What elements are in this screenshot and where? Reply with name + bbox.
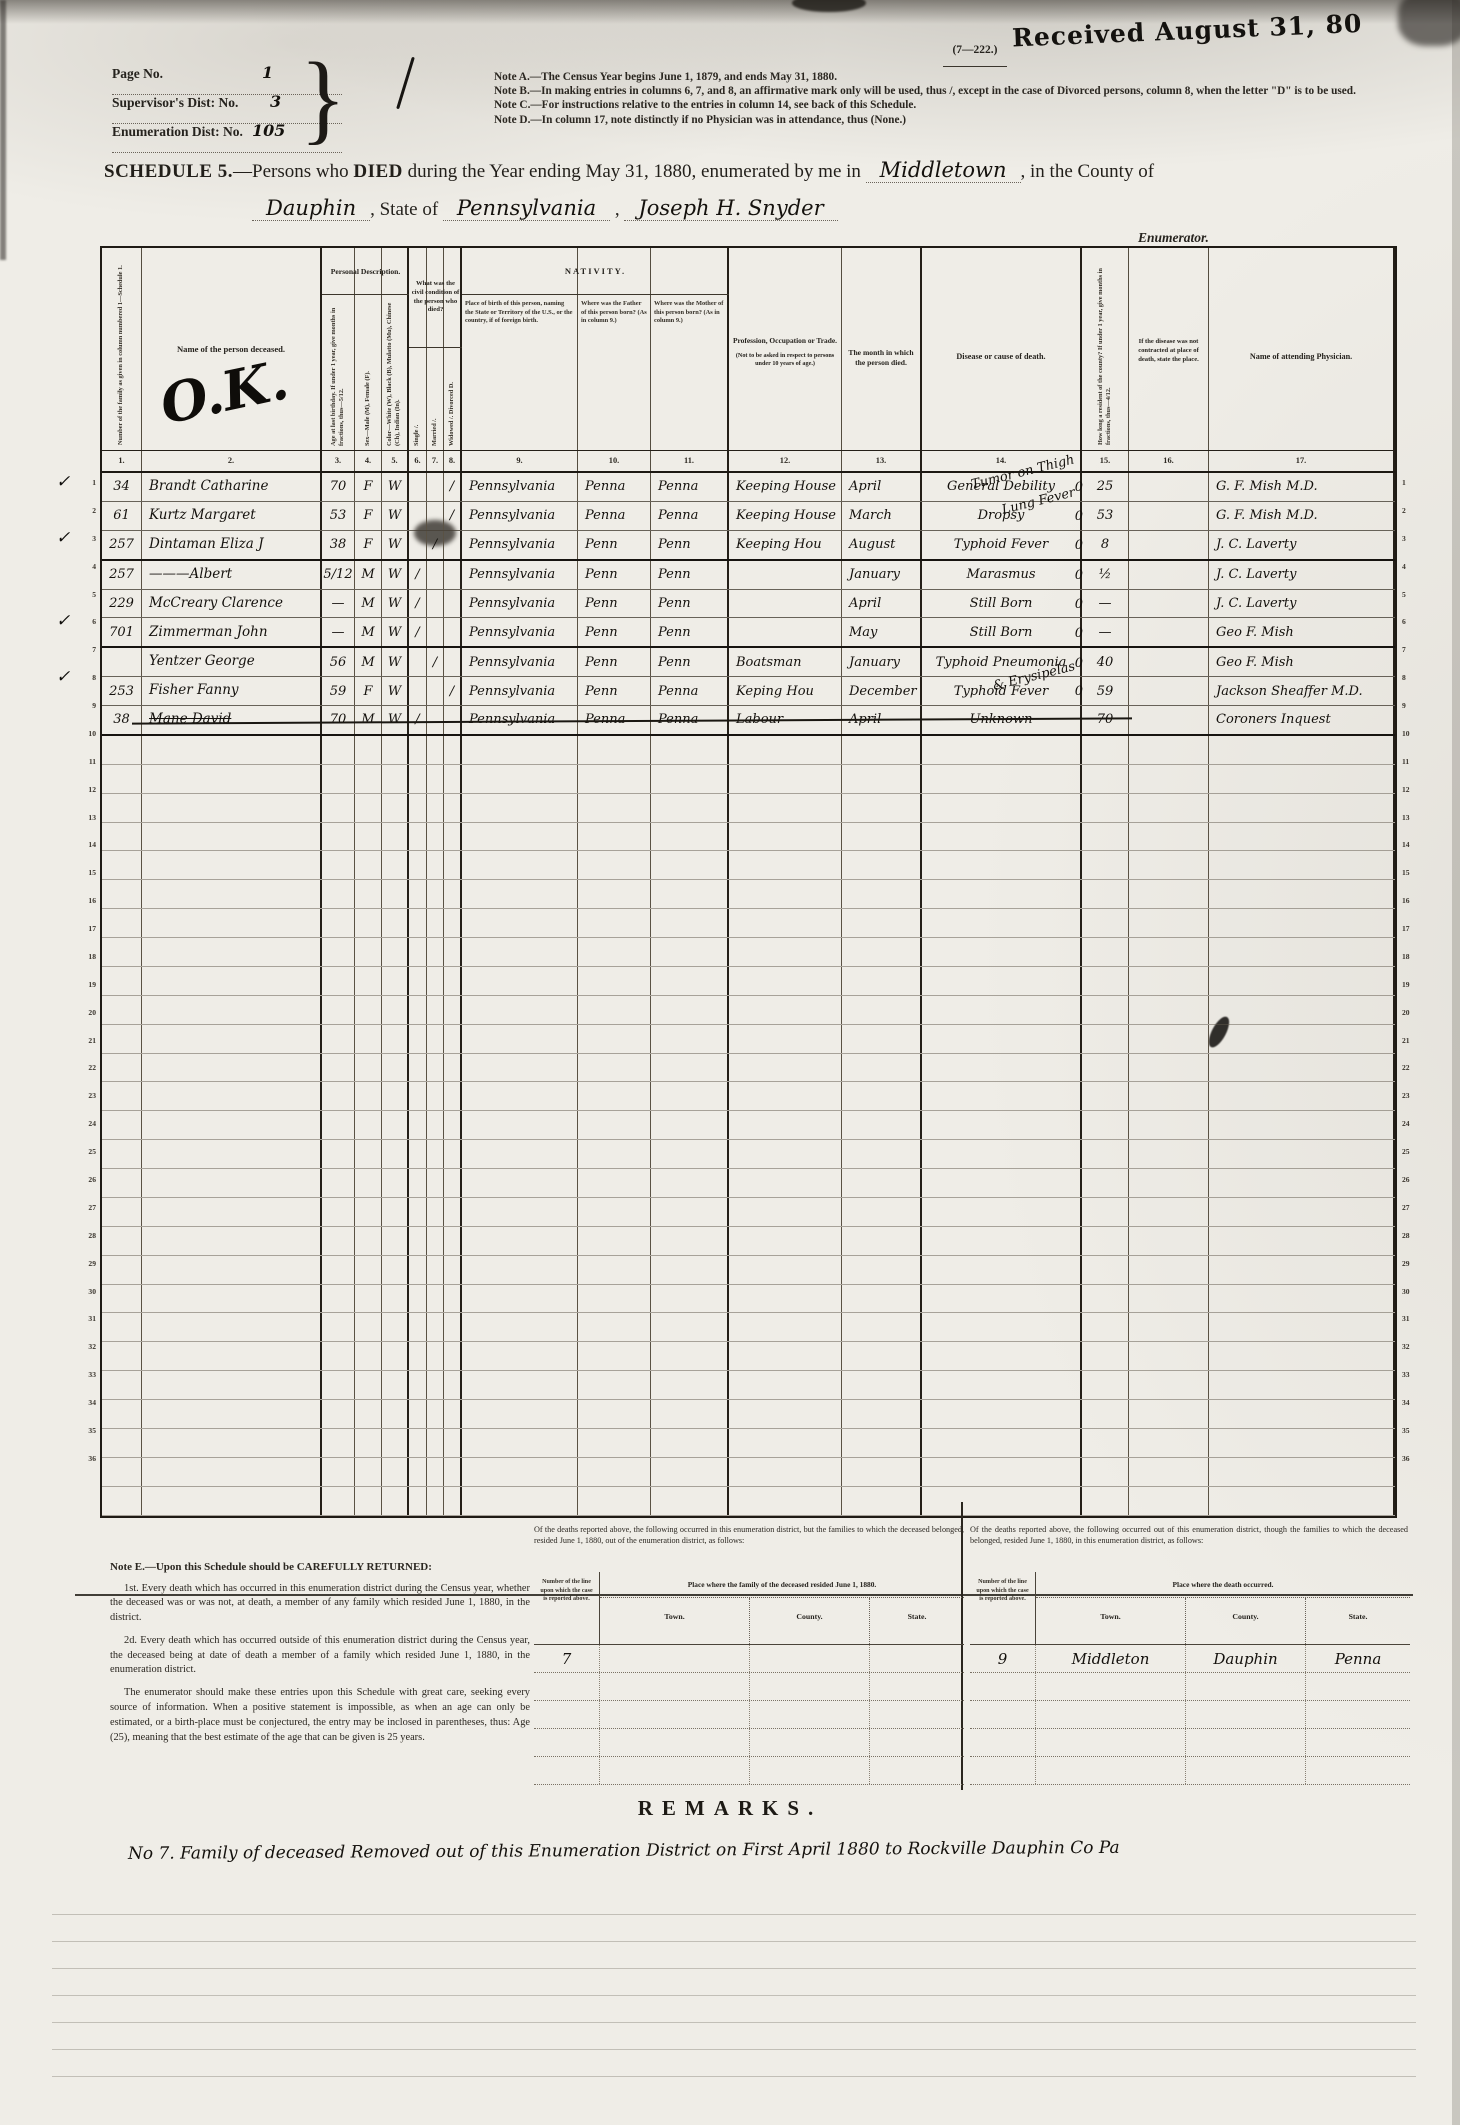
row-35-married [427,1458,444,1486]
title-text: , in the County of [1021,161,1155,182]
row-33-father [578,1400,651,1428]
row-33-single [409,1400,427,1428]
row-14-father [578,851,651,879]
table-row-9: 38Mane David70MW/PennsylvaniaPennaPennaL… [102,706,1395,736]
row-12-physician [1209,794,1395,822]
line-number-right-9: 9 [1402,701,1422,710]
row-30-widowed [444,1313,462,1341]
row-13-single [409,823,427,851]
row-19-father [578,996,651,1024]
row-3-sex: F [355,531,382,559]
row-3-color: W [382,531,409,559]
row-11-color [382,765,409,793]
row-5-age: — [322,590,355,618]
row-15-occupation [729,880,842,908]
row-7-age: 56 [322,648,355,676]
row-36-color [382,1487,409,1515]
row-36-mother [651,1487,729,1515]
column-1-number: 1. [102,451,142,471]
group-personal-description: Personal Description. [322,248,409,295]
row-25-occupation [729,1169,842,1197]
page-no-value: 1 [262,63,273,82]
row-33-disease [922,1400,1082,1428]
row-6-occupation [729,618,842,646]
table-row-17 [102,938,1395,967]
row-34-widowed [444,1429,462,1457]
row-25-sex [355,1169,382,1197]
line-number-left-35: 35 [76,1426,96,1435]
census-mortality-schedule-page: Received August 31, 80 (7—222.) Page No.… [0,0,1460,2125]
row-13-occupation [729,823,842,851]
row-14-birth [462,851,578,879]
out-district-intro: Of the deaths reported above, the follow… [970,1524,1408,1546]
supervisor-dist-label: Supervisor's Dist: No. [112,95,238,110]
row-20-sex [355,1025,382,1053]
page-no-label: Page No. [112,66,163,81]
line-number-right-27: 27 [1402,1203,1422,1212]
in-district-entry-row: 7 [534,1645,964,1673]
line-number-right-25: 25 [1402,1147,1422,1156]
row-11-mother [651,765,729,793]
table-row-14 [102,851,1395,880]
row-25-physician [1209,1169,1395,1197]
row-20-family [102,1025,142,1053]
row-20-disease [922,1025,1082,1053]
row-21-mother [651,1054,729,1082]
row-2-name: Kurtz Margaret [142,502,322,530]
row-12-color [382,794,409,822]
row-26-resident [1082,1198,1129,1226]
row-32-family [102,1371,142,1399]
row-22-disease [922,1082,1082,1110]
county-name: Dauphin [252,196,370,221]
out-district-table: Number of the line upon which the case i… [970,1572,1410,1784]
county-header: County. [750,1598,870,1644]
enumeration-place: Middletown [866,158,1021,183]
row-6-resident: — [1082,618,1129,646]
row-18-sex [355,967,382,995]
row-19-physician [1209,996,1395,1024]
row-12-father [578,794,651,822]
row-31-birth [462,1342,578,1370]
row-8-birth: Pennsylvania [462,677,578,705]
row-27-family [102,1227,142,1255]
table-row-18 [102,967,1395,996]
notes-block: Note A.—The Census Year begins June 1, 1… [494,70,1424,127]
row-14-family [102,851,142,879]
place-column-group: Place where the death occurred. Town. Co… [1036,1572,1410,1644]
table-row-15 [102,880,1395,909]
row-14-widowed [444,851,462,879]
line-number-left-17: 17 [76,924,96,933]
note-c: Note C.—For instructions relative to the… [494,98,1424,112]
table-row-30 [102,1313,1395,1342]
row-9-married [427,706,444,734]
line-number-column-header: Number of the line upon which the case i… [534,1572,600,1644]
row-20-physician [1209,1025,1395,1053]
row-7-color: W [382,648,409,676]
row-20-name [142,1025,322,1053]
in-district-table: Number of the line upon which the case i… [534,1572,964,1784]
row-9-physician: Coroners Inquest [1209,706,1395,734]
row-19-birth [462,996,578,1024]
row-1-resident: 25 [1082,473,1129,501]
row-14-occupation [729,851,842,879]
row-8-month: December [842,677,922,705]
line-number-left-8: 8 [76,673,96,682]
row-30-mother [651,1313,729,1341]
row-1-place [1129,473,1209,501]
row-12-mother [651,794,729,822]
row-11-resident [1082,765,1129,793]
row-10-disease [922,736,1082,764]
row-34-married [427,1429,444,1457]
column-16-number: 16. [1129,451,1209,471]
place-column-group: Place where the family of the deceased r… [600,1572,964,1644]
row-27-physician [1209,1227,1395,1255]
row-16-physician [1209,909,1395,937]
row-25-mother [651,1169,729,1197]
row-1-name: Brandt Catharine [142,473,322,501]
row-24-disease [922,1140,1082,1168]
row-29-color [382,1285,409,1313]
row-7-family [102,648,142,676]
row-8-sex: F [355,677,382,705]
row-6-single: / [409,618,427,646]
row-17-sex [355,938,382,966]
schedule-title: SCHEDULE 5.—Persons who DIED during the … [104,158,1434,183]
row-29-birth [462,1285,578,1313]
row-30-place [1129,1313,1209,1341]
line-number-left-22: 22 [76,1063,96,1072]
table-row-20 [102,1025,1395,1054]
row-17-widowed [444,938,462,966]
row-34-single [409,1429,427,1457]
row-29-family [102,1285,142,1313]
row-29-physician [1209,1285,1395,1313]
row-3-family: 257 [102,531,142,559]
row-2-single [409,502,427,530]
row-19-single [409,996,427,1024]
row-2-father: Penna [578,502,651,530]
row-2-married [427,502,444,530]
row-3-married: / [427,531,444,559]
row-11-family [102,765,142,793]
column-11-number: 11. [651,451,729,471]
row-6-physician: Geo F. Mish [1209,618,1395,646]
row-7-place [1129,648,1209,676]
row-26-father [578,1198,651,1226]
row-2-sex: F [355,502,382,530]
row-16-name [142,909,322,937]
row-17-father [578,938,651,966]
row-6-mother: Penn [651,618,729,646]
row-5-single: / [409,590,427,618]
row-16-birth [462,909,578,937]
row-11-month [842,765,922,793]
row-18-married [427,967,444,995]
table-row-19 [102,996,1395,1025]
row-22-birth [462,1082,578,1110]
line-number-left-11: 11 [76,757,96,766]
row-23-resident [1082,1111,1129,1139]
row-11-single [409,765,427,793]
row-35-month [842,1458,922,1486]
row-26-physician [1209,1198,1395,1226]
column-2-number: 2. [142,451,322,471]
table-row-3: 257Dintaman Eliza J38FW/PennsylvaniaPenn… [102,531,1395,561]
table-row-5: 229McCreary Clarence—MW/PennsylvaniaPenn… [102,590,1395,619]
row-19-month [842,996,922,1024]
row-20-occupation [729,1025,842,1053]
row-15-resident [1082,880,1129,908]
row-19-sex [355,996,382,1024]
table-row-34 [102,1429,1395,1458]
row-25-married [427,1169,444,1197]
row-31-mother [651,1342,729,1370]
row-16-occupation [729,909,842,937]
line-number-left-14: 14 [76,840,96,849]
row-15-place [1129,880,1209,908]
row-18-age [322,967,355,995]
row-31-month [842,1342,922,1370]
table-row-36 [102,1487,1395,1516]
row-26-single [409,1198,427,1226]
table-row-33 [102,1400,1395,1429]
row-5-physician: J. C. Laverty [1209,590,1395,618]
line-number-right-4: 4 [1402,562,1422,571]
row-30-father [578,1313,651,1341]
row-32-occupation [729,1371,842,1399]
place-column-header: Place where the family of the deceased r… [600,1572,964,1598]
line-check-mark-1: ✓ [56,472,70,492]
row-5-disease: Still Born0 [922,590,1082,618]
row-26-occupation [729,1198,842,1226]
row-24-family [102,1140,142,1168]
row-33-sex [355,1400,382,1428]
row-19-color [382,996,409,1024]
row-4-family: 257 [102,561,142,589]
row-27-name [142,1227,322,1255]
row-21-married [427,1054,444,1082]
row-16-widowed [444,909,462,937]
row-21-occupation [729,1054,842,1082]
row-27-widowed [444,1227,462,1255]
row-24-mother [651,1140,729,1168]
row-1-mother: Penna [651,473,729,501]
title-text: —Persons who [233,161,353,182]
row-29-occupation [729,1285,842,1313]
row-11-physician [1209,765,1395,793]
row-24-place [1129,1140,1209,1168]
line-number-right-11: 11 [1402,757,1422,766]
row-6-color: W [382,618,409,646]
row-16-month [842,909,922,937]
row-14-name [142,851,322,879]
row-3-month: August [842,531,922,559]
row-8-mother: Penna [651,677,729,705]
row-12-age [322,794,355,822]
row-14-age [322,851,355,879]
row-22-occupation [729,1082,842,1110]
row-27-birth [462,1227,578,1255]
row-7-physician: Geo F. Mish [1209,648,1395,676]
row-27-age [322,1227,355,1255]
line-number-right-17: 17 [1402,924,1422,933]
row-11-occupation [729,765,842,793]
row-3-name: Dintaman Eliza J [142,531,322,559]
row-16-disease [922,909,1082,937]
row-36-resident [1082,1487,1129,1515]
row-15-age [322,880,355,908]
row-13-birth [462,823,578,851]
row-16-single [409,909,427,937]
row-3-birth: Pennsylvania [462,531,578,559]
row-31-occupation [729,1342,842,1370]
row-25-month [842,1169,922,1197]
line-number-left-30: 30 [76,1287,96,1296]
row-29-single [409,1285,427,1313]
row-10-single [409,736,427,764]
row-20-birth [462,1025,578,1053]
row-4-disease: Marasmus0 [922,561,1082,589]
row-12-family [102,794,142,822]
ruled-lines [52,1888,1416,2088]
row-10-occupation [729,736,842,764]
row-35-mother [651,1458,729,1486]
line-number-right-3: 3 [1402,534,1422,543]
row-20-widowed [444,1025,462,1053]
row-8-physician: Jackson Sheaffer M.D. [1209,677,1395,705]
row-14-month [842,851,922,879]
row-23-physician [1209,1111,1395,1139]
row-15-month [842,880,922,908]
row-13-physician [1209,823,1395,851]
table-row-26 [102,1198,1395,1227]
row-21-sex [355,1054,382,1082]
row-27-mother [651,1227,729,1255]
row-22-single [409,1082,427,1110]
row-10-place [1129,736,1209,764]
row-32-father [578,1371,651,1399]
row-31-married [427,1342,444,1370]
line-number-left-1: 1 [76,478,96,487]
row-21-birth [462,1054,578,1082]
column-6-number: 6. [409,451,427,471]
row-12-disease [922,794,1082,822]
row-4-physician: J. C. Laverty [1209,561,1395,589]
row-23-birth [462,1111,578,1139]
row-30-sex [355,1313,382,1341]
row-32-birth [462,1371,578,1399]
row-8-father: Penn [578,677,651,705]
enumerator-label: Enumerator. [1138,230,1209,246]
row-4-birth: Pennsylvania [462,561,578,589]
row-10-month [842,736,922,764]
row-3-place [1129,531,1209,559]
column-13-header: The month in which the person died. [842,248,922,450]
state-header: State. [1306,1598,1410,1644]
table-row-24 [102,1140,1395,1169]
row-36-family [102,1487,142,1515]
row-25-single [409,1169,427,1197]
row-21-age [322,1054,355,1082]
row-35-sex [355,1458,382,1486]
row-35-father [578,1458,651,1486]
column-3-number: 3. [322,451,355,471]
row-27-color [382,1227,409,1255]
line-number-right-13: 13 [1402,813,1422,822]
row-13-mother [651,823,729,851]
row-3-occupation: Keeping Hou [729,531,842,559]
line-number-right-22: 22 [1402,1063,1422,1072]
row-36-physician [1209,1487,1395,1515]
note-e-block: Note E.—Upon this Schedule should be CAR… [110,1560,530,1753]
note-b: Note B.—In making entries in columns 6, … [494,84,1424,98]
line-number-right-33: 33 [1402,1370,1422,1379]
row-12-resident [1082,794,1129,822]
row-31-single [409,1342,427,1370]
row-31-father [578,1342,651,1370]
row-23-month [842,1111,922,1139]
row-1-sex: F [355,473,382,501]
row-25-disease [922,1169,1082,1197]
row-19-occupation [729,996,842,1024]
row-23-name [142,1111,322,1139]
line-number-left-20: 20 [76,1008,96,1017]
row-17-name [142,938,322,966]
row-35-birth [462,1458,578,1486]
row-28-resident [1082,1256,1129,1284]
row-28-married [427,1256,444,1284]
row-23-place [1129,1111,1209,1139]
row-4-mother: Penn [651,561,729,589]
row-11-disease [922,765,1082,793]
table-row-8: 253Fisher Fanny59FW/PennsylvaniaPennPenn… [102,677,1395,706]
row-11-widowed [444,765,462,793]
row-14-sex [355,851,382,879]
row-12-occupation [729,794,842,822]
note-d: Note D.—In column 17, note distinctly if… [494,113,1424,127]
row-36-father [578,1487,651,1515]
row-24-widowed [444,1140,462,1168]
note-e-heading: Note E.—Upon this Schedule should be CAR… [110,1560,530,1576]
row-3-physician: J. C. Laverty [1209,531,1395,559]
row-10-sex [355,736,382,764]
row-34-birth [462,1429,578,1457]
row-35-resident [1082,1458,1129,1486]
row-13-place [1129,823,1209,851]
row-28-mother [651,1256,729,1284]
row-20-place [1129,1025,1209,1053]
row-13-disease [922,823,1082,851]
row-33-color [382,1400,409,1428]
row-18-widowed [444,967,462,995]
row-32-widowed [444,1371,462,1399]
row-32-married [427,1371,444,1399]
row-17-single [409,938,427,966]
row-5-birth: Pennsylvania [462,590,578,618]
row-21-physician [1209,1054,1395,1082]
row-16-family [102,909,142,937]
row-29-age [322,1285,355,1313]
row-32-mother [651,1371,729,1399]
line-number-left-6: 6 [76,617,96,626]
row-33-physician [1209,1400,1395,1428]
row-8-occupation: Keping Hou [729,677,842,705]
table-row-22 [102,1082,1395,1111]
remarks-handwritten-note: No 7. Family of deceased Removed out of … [128,1836,1408,1864]
